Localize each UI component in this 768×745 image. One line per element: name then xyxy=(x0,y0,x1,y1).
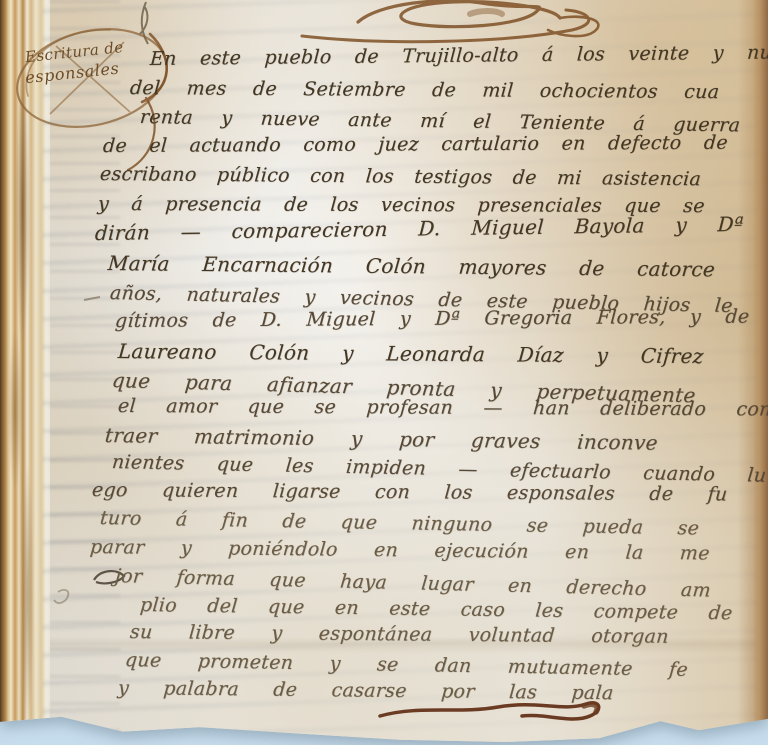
manuscript-line-7: dirán — comparecieron D. Miguel Bayola y… xyxy=(94,212,744,245)
manuscript-line-23: y palabra de casarse por las pala xyxy=(117,677,614,704)
manuscript-line-18: parar y poniéndolo en ejecución en la me xyxy=(89,536,711,564)
manuscript-line-1: En este pueblo de Trujillo-alto á los ve… xyxy=(149,41,768,70)
manuscript-line-22: que prometen y se dan mutuamente fe xyxy=(124,649,689,681)
manuscript-line-4: de el actuando como juez cartulario en d… xyxy=(102,132,728,157)
scanned-manuscript-photo: Escritura de esponsales En este pueblo d… xyxy=(0,0,768,745)
manuscript-line-13: el amor que se profesan — han deliberado… xyxy=(117,395,768,420)
manuscript-line-2: del mes de Setiembre de mil ochocientos … xyxy=(129,77,720,103)
manuscript-text-block: En este pueblo de Trujillo-alto á los ve… xyxy=(0,0,768,745)
page-wrap: Escritura de esponsales En este pueblo d… xyxy=(0,0,768,745)
manuscript-line-8: María Encarnación Colón mayores de cator… xyxy=(107,251,716,281)
manuscript-line-11: Laureano Colón y Leonarda Díaz y Cifrez xyxy=(117,339,704,368)
manuscript-line-14: traer matrimonio y por graves inconve xyxy=(104,423,659,455)
manuscript-line-17: turo á fin de que ninguno se pueda se xyxy=(99,507,700,539)
manuscript-line-5: escribano público con los testigos de mi… xyxy=(99,163,702,190)
manuscript-line-16: ego quieren ligarse con los esponsales d… xyxy=(91,479,728,505)
manuscript-line-10: gítimos de D. Miguel y Dª Gregoria Flore… xyxy=(114,306,750,332)
manuscript-page: Escritura de esponsales En este pueblo d… xyxy=(0,0,768,745)
manuscript-line-21: su libre y espontánea voluntad otorgan xyxy=(129,621,669,648)
